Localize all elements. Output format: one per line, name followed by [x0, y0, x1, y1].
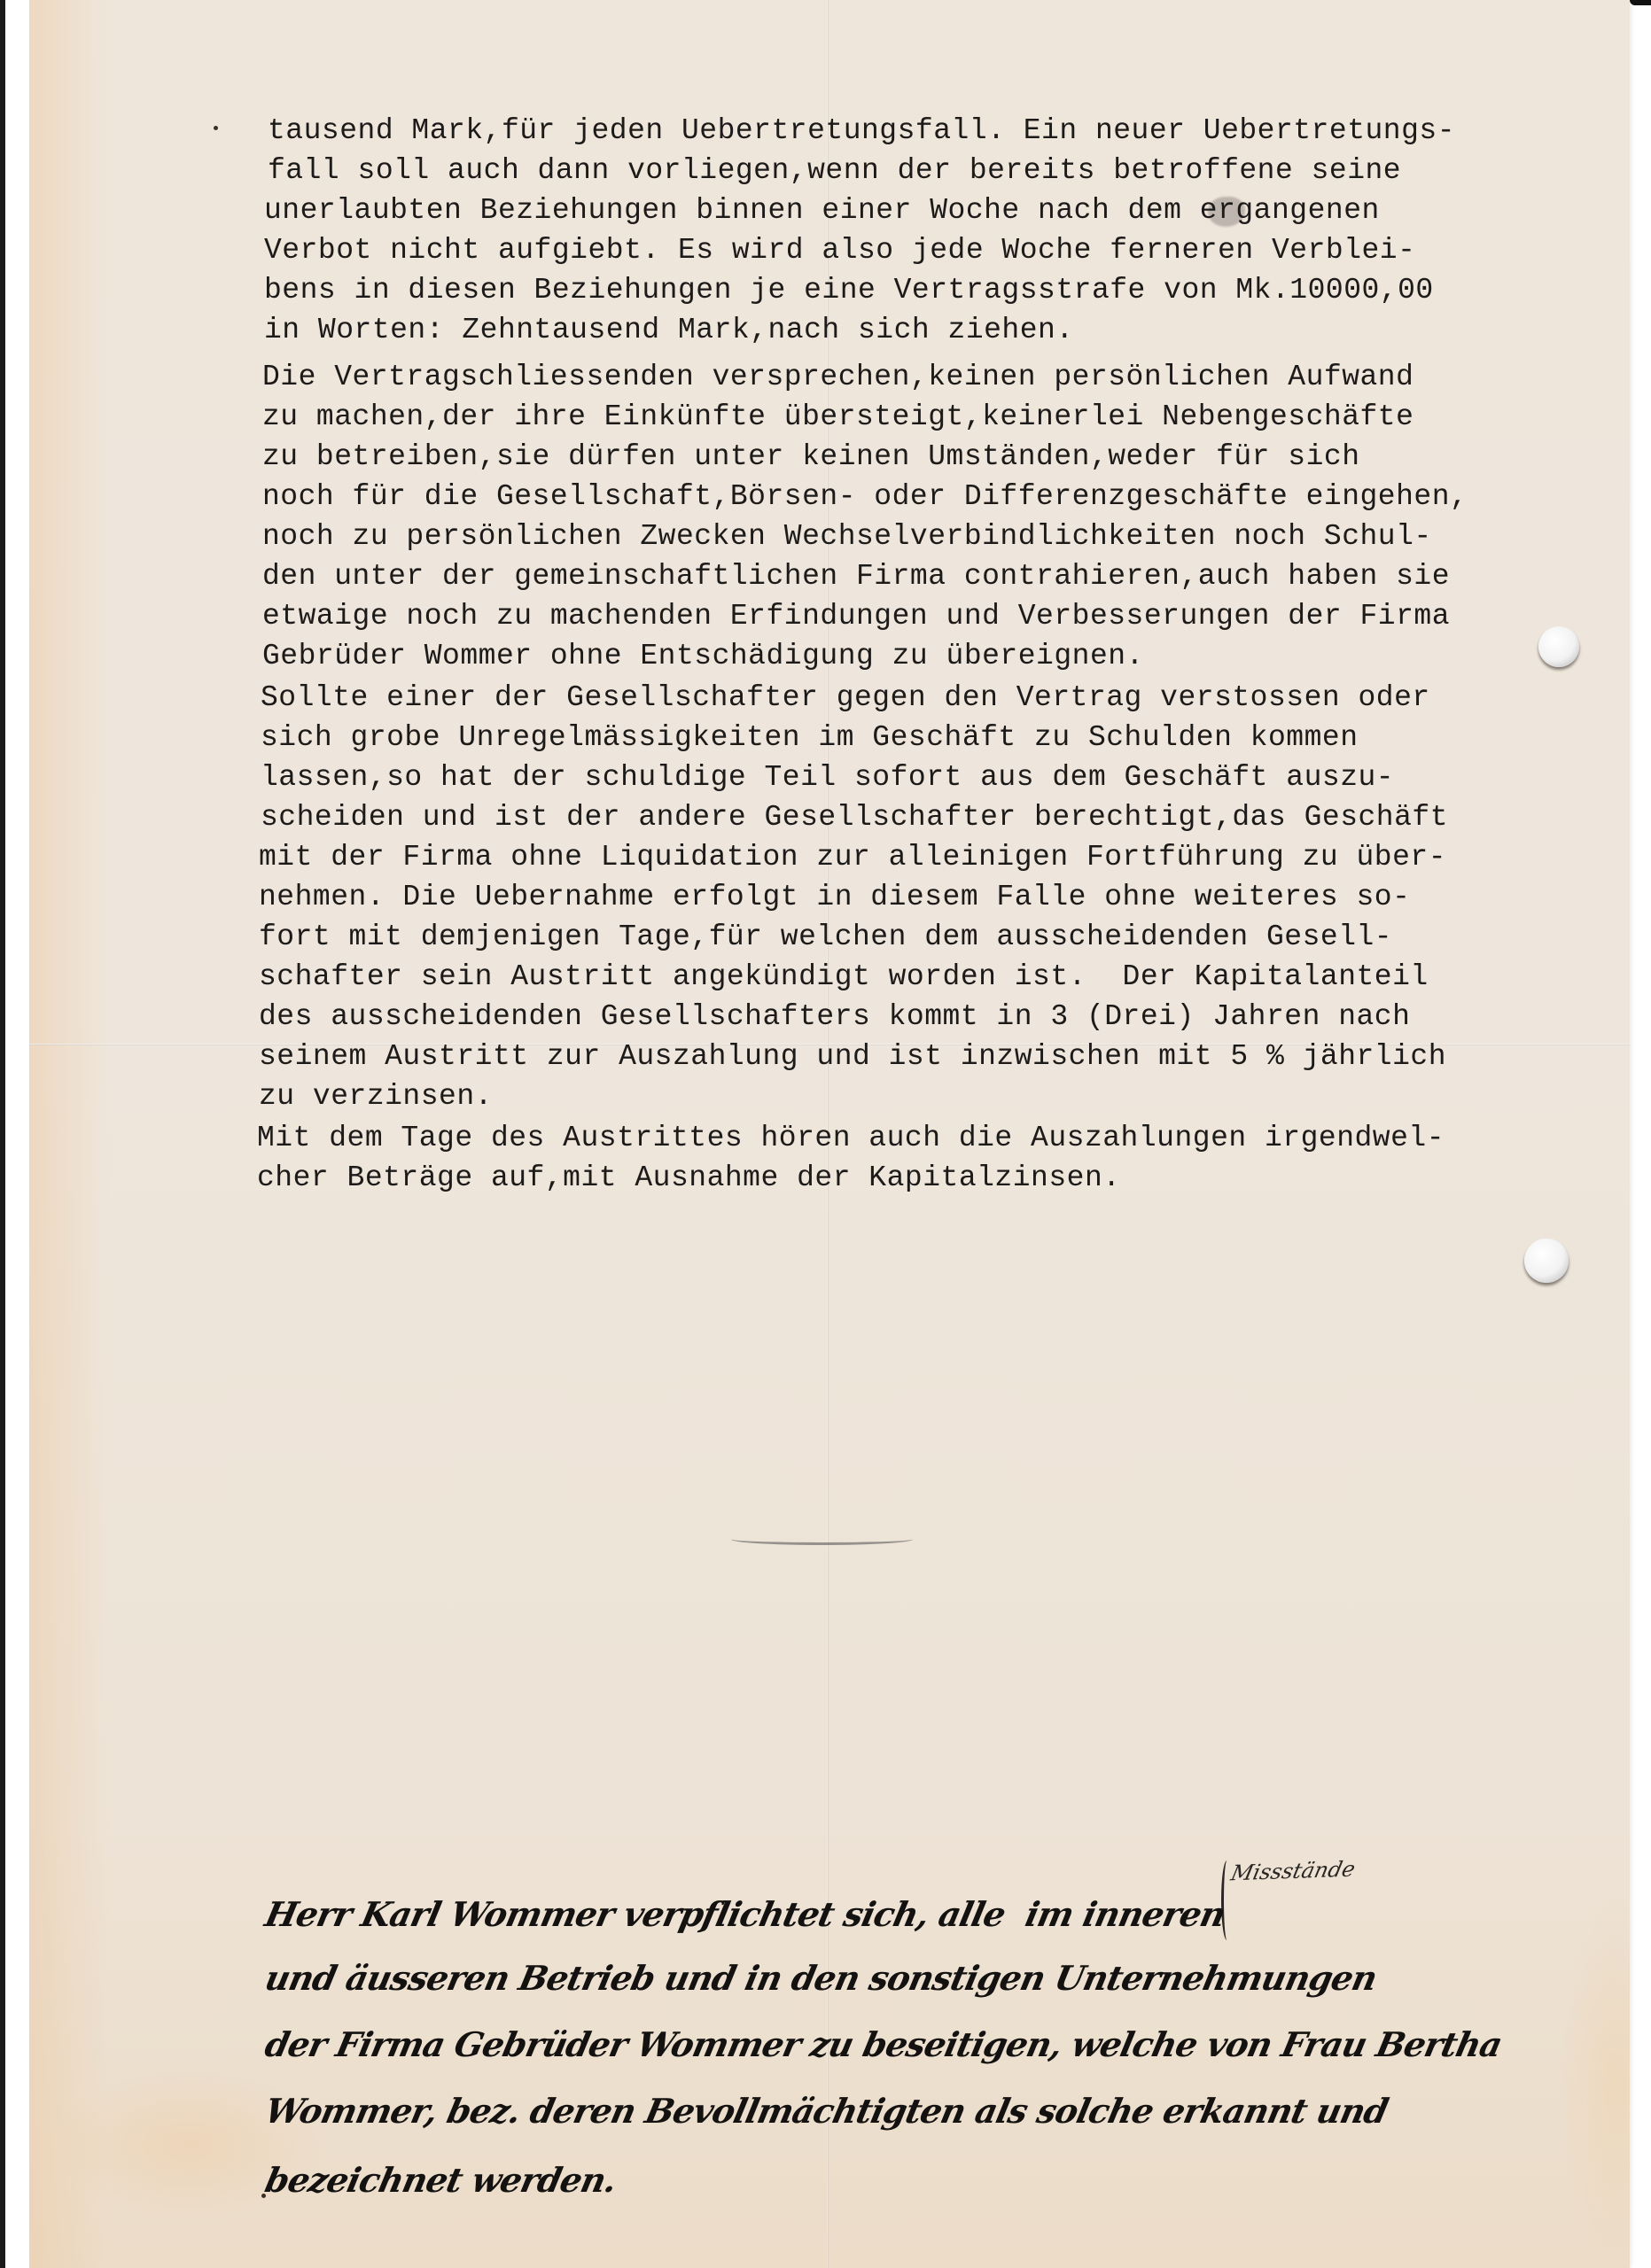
typed-line: unerlaubten Beziehungen binnen einer Woc… [264, 193, 1380, 229]
typed-line: zu verzinsen. [259, 1079, 493, 1115]
typed-line: Verbot nicht aufgiebt. Es wird also jede… [264, 233, 1415, 268]
typed-line: schafter sein Austritt angekündigt worde… [259, 959, 1429, 995]
handwritten-line: der Firma Gebrüder Wommer zu beseitigen,… [261, 2024, 1635, 2064]
typed-line: des ausscheidenden Gesellschafters kommt… [259, 999, 1410, 1035]
typed-line: etwaige noch zu machenden Erfindungen un… [262, 599, 1450, 634]
punch-hole-icon [1538, 626, 1579, 667]
typed-line: fort mit demjenigen Tage,für welchen dem… [259, 920, 1392, 955]
typed-line: fall soll auch dann vorliegen,wenn der b… [268, 153, 1401, 189]
typed-line: Die Vertragschliessenden versprechen,kei… [262, 360, 1413, 395]
handwritten-line: und äusseren Betrieb und in den sonstige… [261, 1958, 1635, 1998]
typed-line: seinem Austritt zur Auszahlung und ist i… [259, 1039, 1446, 1075]
punch-hole-icon [1524, 1239, 1569, 1283]
typed-line: noch für die Gesellschaft,Börsen- oder D… [262, 479, 1468, 515]
typed-line: sich grobe Unregelmässigkeiten im Geschä… [261, 720, 1359, 756]
typed-line: Gebrüder Wommer ohne Entschädigung zu üb… [262, 639, 1144, 674]
paper-speck [214, 126, 218, 130]
typed-line: nehmen. Die Uebernahme erfolgt in diesem… [259, 880, 1410, 915]
handwritten-line: bezeichnet werden. [261, 2160, 1635, 2200]
typed-line: lassen,so hat der schuldige Teil sofort … [261, 760, 1394, 796]
pencil-underline-mark [731, 1534, 913, 1545]
handwritten-annotation: Missstände [1228, 1857, 1357, 1886]
scan-corner-top-right [1630, 0, 1651, 5]
scan-border-left [0, 0, 5, 2268]
typed-line: Sollte einer der Gesellschafter gegen de… [261, 680, 1430, 716]
typed-line: den unter der gemeinschaftlichen Firma c… [262, 559, 1450, 594]
typed-line: cher Beträge auf,mit Ausnahme der Kapita… [257, 1161, 1121, 1196]
handwritten-line: Wommer, bez. deren Bevollmächtigten als … [261, 2091, 1635, 2131]
typed-line: Mit dem Tage des Austrittes hören auch d… [257, 1121, 1445, 1156]
handwritten-line: Herr Karl Wommer verpflichtet sich, alle… [261, 1894, 1635, 1934]
typed-line: tausend Mark,für jeden Uebertretungsfall… [268, 113, 1455, 149]
typed-line: noch zu persönlichen Zwecken Wechselverb… [262, 519, 1432, 555]
typed-line: scheiden und ist der andere Gesellschaft… [261, 800, 1448, 835]
typed-line: zu machen,der ihre Einkünfte übersteigt,… [262, 400, 1413, 435]
typed-line: bens in diesen Beziehungen je eine Vertr… [264, 273, 1434, 308]
typed-line: zu betreiben,sie dürfen unter keinen Ums… [262, 439, 1360, 475]
typed-line: in Worten: Zehntausend Mark,nach sich zi… [264, 313, 1074, 348]
typed-line: mit der Firma ohne Liquidation zur allei… [259, 840, 1446, 875]
